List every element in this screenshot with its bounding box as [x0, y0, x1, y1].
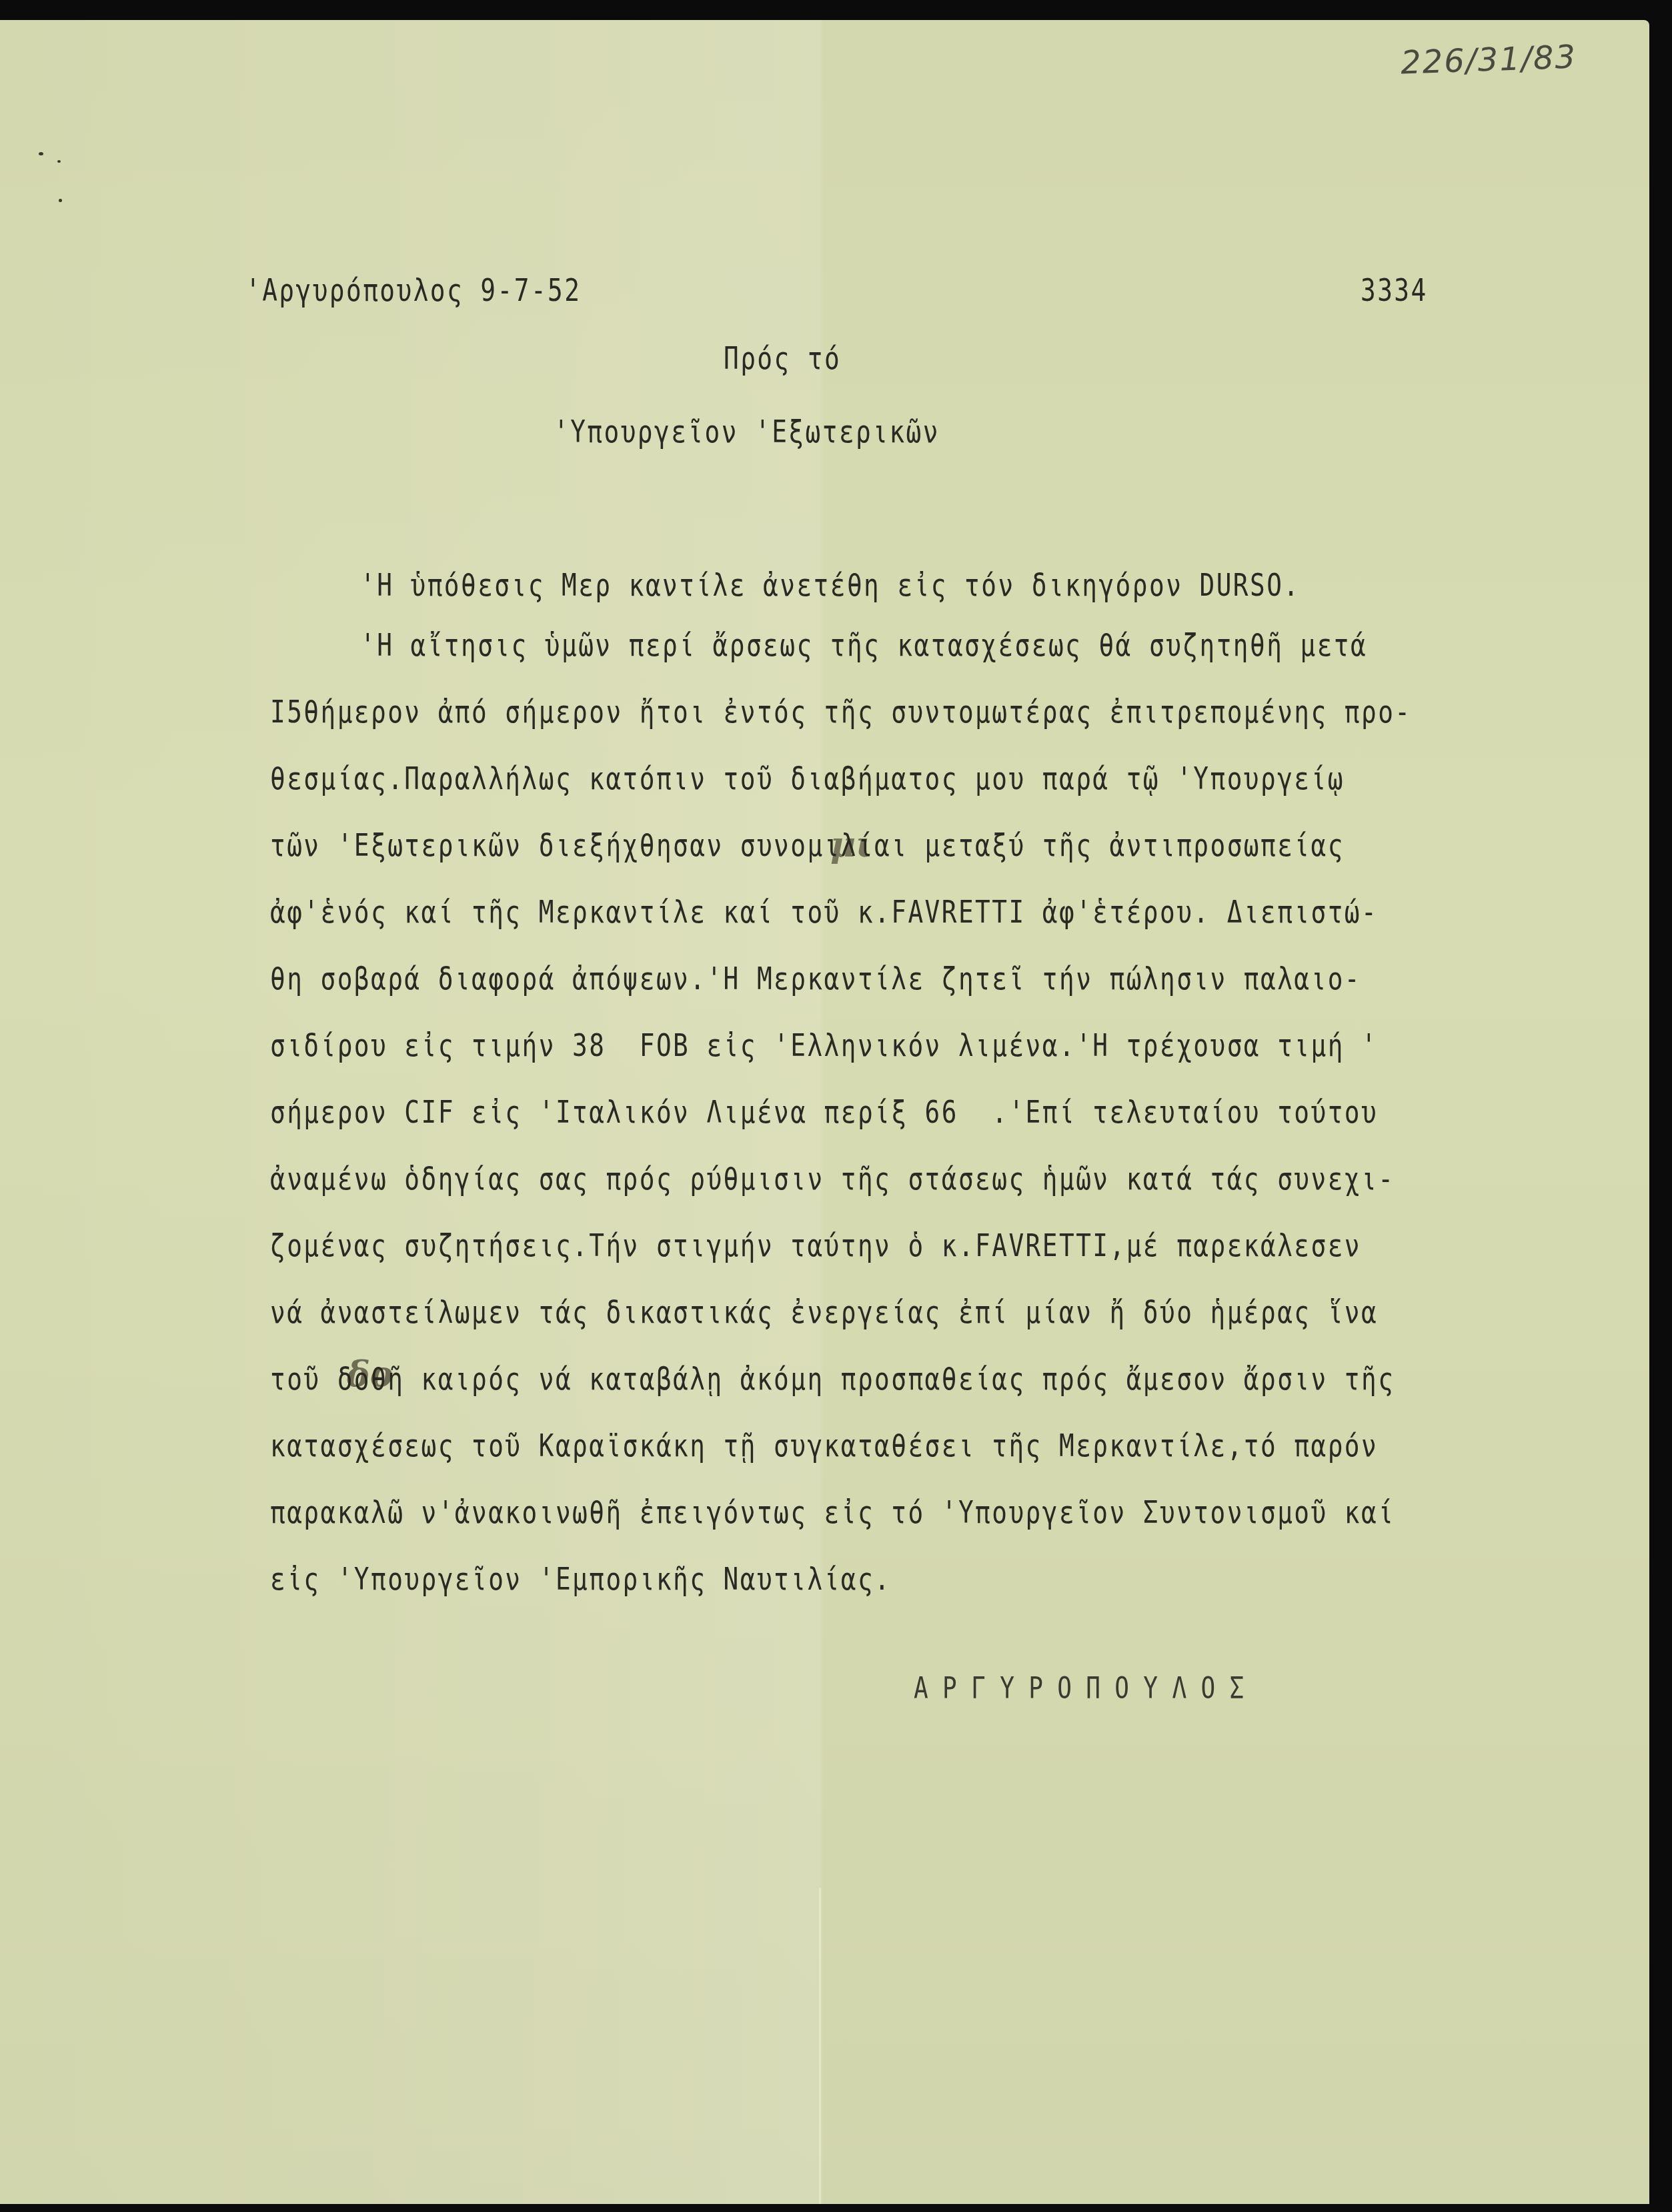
margin-dot	[39, 152, 43, 155]
paper-fold	[819, 1888, 821, 2204]
sender-date: 'Αργυρόπουλος 9-7-52	[245, 272, 581, 308]
reference-number: 3334	[1361, 272, 1428, 308]
body-line: I5θήμερον ἀπό σήμερον ἤτοι ἐντός τῆς συν…	[270, 694, 1412, 730]
margin-dot	[57, 160, 61, 163]
recipient: 'Υπουργεῖον 'Εξωτερικῶν	[554, 414, 940, 450]
body-line: σιδίρου εἰς τιμήν 38 FOB εἰς 'Ελληνικόν …	[270, 1027, 1378, 1063]
body-line: 'Η ὑπόθεσις Μερ καντίλε ἀνετέθη εἰς τόν …	[360, 567, 1300, 603]
body-line: ἀναμένω ὁδηγίας σας πρός ρύθμισιν τῆς στ…	[270, 1161, 1395, 1197]
body-line: ἀφ'ἑνός καί τῆς Μερκαντίλε καί τοῦ κ.FAV…	[270, 894, 1378, 930]
body-line: θη σοβαρά διαφορά ἀπόψεων.'Η Μερκαντίλε …	[270, 961, 1361, 997]
body-line: ζομένας συζητήσεις.Τήν στιγμήν ταύτην ὁ …	[270, 1227, 1361, 1263]
body-line: κατασχέσεως τοῦ Καραϊσκάκη τῇ συγκαταθέσ…	[270, 1428, 1378, 1464]
archive-number: 226/31/83	[1400, 38, 1577, 81]
body-line: νά ἀναστείλωμεν τάς δικαστικάς ἐνεργείας…	[270, 1294, 1378, 1330]
body-line: τοῦ δοθῆ καιρός νά καταβάλῃ ἀκόμη προσπα…	[270, 1361, 1395, 1397]
body-line: 'Η αἴτησις ὑμῶν περί ἄρσεως τῆς κατασχέσ…	[360, 627, 1367, 663]
margin-dot	[59, 199, 62, 202]
body-line: σήμερον CIF εἰς 'Ιταλικόν Λιμένα περίξ 6…	[270, 1094, 1378, 1130]
signature: ΑΡΓΥΡΟΠΟΥΛΟΣ	[914, 1671, 1259, 1705]
handwritten-correction: μι	[830, 824, 872, 865]
body-line: τῶν 'Εξωτερικῶν διεξήχθησαν συνομιλίαι μ…	[270, 827, 1345, 863]
body-line: εἰς 'Υπουργεῖον 'Εμπορικῆς Ναυτιλίας.	[270, 1561, 891, 1597]
handwritten-correction: δο	[347, 1354, 393, 1395]
body-line: θεσμίας.Παραλλήλως κατόπιν τοῦ διαβήματο…	[270, 760, 1345, 796]
body-line: παρακαλῶ ν'ἀνακοινωθῆ ἐπειγόντως εἰς τό …	[270, 1494, 1395, 1530]
to-line: Πρός τό	[724, 340, 841, 376]
